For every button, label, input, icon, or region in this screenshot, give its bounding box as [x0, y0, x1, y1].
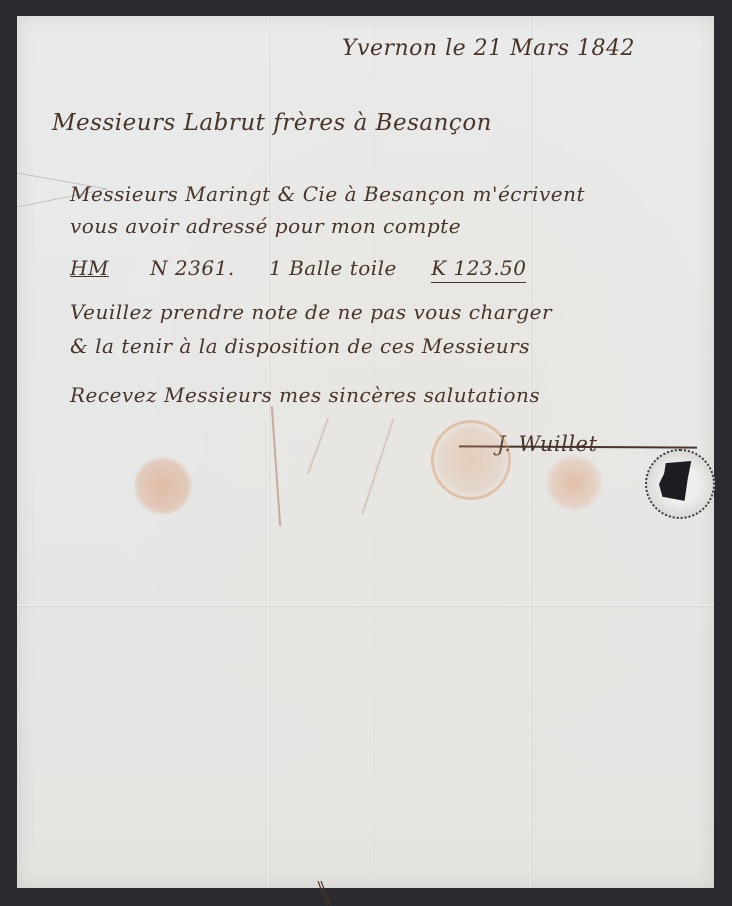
- postal-strike-1: [271, 406, 281, 526]
- letter-paper: Yvernon le 21 Mars 1842 Messieurs Labrut…: [17, 16, 714, 888]
- bale-number: N 2361.: [150, 256, 235, 280]
- vertical-crease-center: [372, 16, 374, 888]
- ink-mark: [317, 881, 333, 905]
- wax-seal-remnant: [645, 449, 715, 519]
- horizontal-fold: [17, 605, 714, 607]
- closing-line: Recevez Messieurs mes sincères salutatio…: [70, 383, 540, 407]
- body-line-2: vous avoir adressé pour mon compte: [70, 214, 461, 238]
- postal-strike-3: [362, 418, 394, 514]
- postal-strike-2: [307, 418, 329, 475]
- red-cancellation-left: [134, 457, 192, 515]
- dateline: Yvernon le 21 Mars 1842: [342, 36, 635, 61]
- weight-amount: K 123.50: [431, 256, 526, 283]
- signature: J. Wuillet: [497, 432, 597, 456]
- red-cancellation-right: [545, 454, 603, 512]
- body-line-4: Veuillez prendre note de ne pas vous cha…: [70, 300, 552, 324]
- seal-hole: [659, 461, 693, 503]
- item-description: 1 Balle toile: [269, 256, 397, 280]
- vertical-fold-left: [268, 16, 270, 888]
- body-line-1: Messieurs Maringt & Cie à Besançon m'écr…: [70, 182, 585, 206]
- red-cancellation-center: [431, 420, 511, 500]
- merchant-mark: HM: [70, 256, 109, 280]
- addressee: Messieurs Labrut frères à Besançon: [52, 110, 492, 136]
- body-line-5: & la tenir à la disposition de ces Messi…: [70, 334, 530, 358]
- consignment-line: HM N 2361. 1 Balle toile K 123.50: [70, 256, 526, 280]
